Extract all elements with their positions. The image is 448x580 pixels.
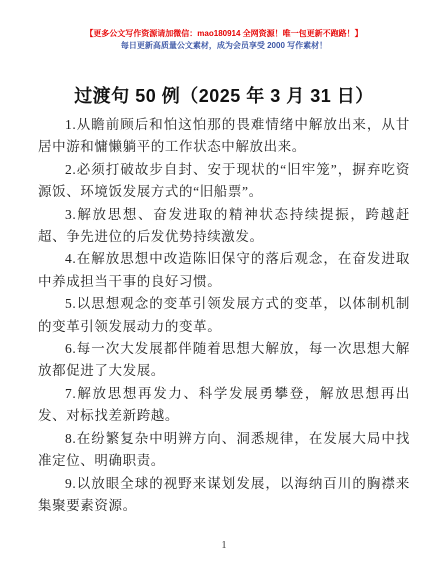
paragraph-5: 5.以思想观念的变革引领发展方式的变革，以体制机制的变革引领发展动力的变革。 bbox=[38, 293, 410, 338]
paragraph-8: 8.在纷繁复杂中明辨方向、洞悉规律，在发展大局中找准定位、明确职责。 bbox=[38, 428, 410, 473]
promo-banner-line2: 每日更新高质量公文素材，成为会员享受 2000 写作素材！ bbox=[0, 40, 448, 52]
document-title: 过渡句 50 例（2025 年 3 月 31 日） bbox=[0, 84, 448, 108]
document-body: 1.从瞻前顾后和怕这怕那的畏难情绪中解放出来，从甘居中游和慵懒躺平的工作状态中解… bbox=[0, 114, 448, 517]
paragraph-1: 1.从瞻前顾后和怕这怕那的畏难情绪中解放出来，从甘居中游和慵懒躺平的工作状态中解… bbox=[38, 114, 410, 159]
paragraph-6: 6.每一次大发展都伴随着思想大解放，每一次思想大解放都促进了大发展。 bbox=[38, 338, 410, 383]
page-number: 1 bbox=[0, 540, 448, 551]
paragraph-4: 4.在解放思想中改造陈旧保守的落后观念，在奋发进取中养成担当干事的良好习惯。 bbox=[38, 248, 410, 293]
paragraph-3: 3.解放思想、奋发进取的精神状态持续提振，跨越赶超、争先进位的后发优势持续激发。 bbox=[38, 204, 410, 249]
paragraph-9: 9.以放眼全球的视野来谋划发展，以海纳百川的胸襟来集聚要素资源。 bbox=[38, 473, 410, 518]
paragraph-7: 7.解放思想再发力、科学发展勇攀登，解放思想再出发、对标找差新跨越。 bbox=[38, 383, 410, 428]
paragraph-2: 2.必须打破故步自封、安于现状的“旧牢笼”，摒弃吃资源饭、环境饭发展方式的“旧船… bbox=[38, 159, 410, 204]
promo-banner: 【更多公文写作资源请加微信：mao180914 全网资源！唯一包更新不跑路！】 … bbox=[0, 28, 448, 52]
promo-banner-line1: 【更多公文写作资源请加微信：mao180914 全网资源！唯一包更新不跑路！】 bbox=[0, 28, 448, 40]
document-page: 【更多公文写作资源请加微信：mao180914 全网资源！唯一包更新不跑路！】 … bbox=[0, 0, 448, 580]
